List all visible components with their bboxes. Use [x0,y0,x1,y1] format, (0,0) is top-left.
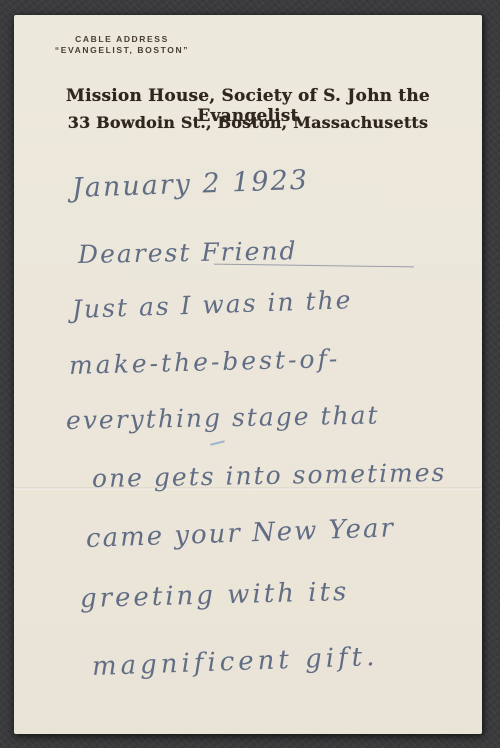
letter-paper: CABLE ADDRESS “EVANGELIST, BOSTON” Missi… [14,15,482,734]
handwritten-line: everything stage that [66,401,380,435]
cable-address-value: “EVANGELIST, BOSTON” [52,45,192,56]
handwritten-line: came your New Year [85,513,395,554]
handwritten-line: make-the-best-of- [69,344,341,380]
letter-date-line: January 2 1923 [71,165,309,204]
letterhead-address: 33 Bowdoin St., Boston, Massachusetts [14,113,482,132]
handwritten-line: Just as I was in the [71,285,352,324]
handwritten-line: greeting with its [80,577,350,614]
cable-address-label: CABLE ADDRESS [52,34,192,45]
ink-mark [210,440,225,446]
scan-background: CABLE ADDRESS “EVANGELIST, BOSTON” Missi… [0,0,500,748]
handwritten-line: magnificent gift. [91,642,378,682]
handwritten-line: one gets into sometimes [92,458,447,493]
cable-address-block: CABLE ADDRESS “EVANGELIST, BOSTON” [52,34,192,56]
